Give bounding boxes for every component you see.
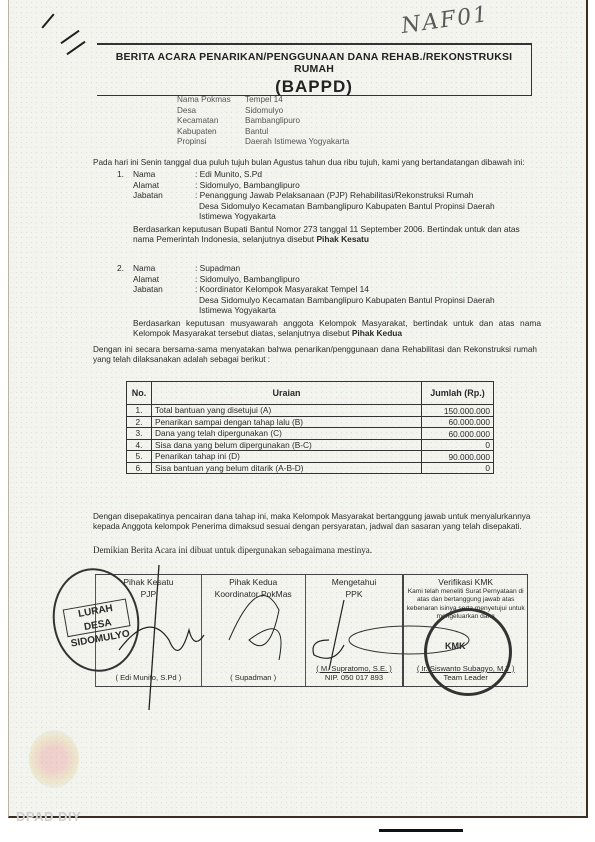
cell-no: 2. bbox=[127, 416, 152, 428]
statement-paragraph: Dengan ini secara bersama-sama menyataka… bbox=[93, 345, 537, 366]
info-value: Bantul bbox=[245, 127, 268, 138]
info-label: Propinsi bbox=[177, 137, 245, 148]
party-number: 2. bbox=[117, 263, 133, 274]
cell-jumlah: 60.000.000 bbox=[422, 416, 494, 428]
fund-table: No. Uraian Jumlah (Rp.) 1.Total bantuan … bbox=[126, 381, 494, 474]
pokmas-info: Nama PokmasTempel 14 DesaSidomulyo Kecam… bbox=[177, 95, 349, 148]
pen-mark bbox=[41, 13, 54, 28]
col-no: No. bbox=[127, 382, 152, 405]
cell-no: 6. bbox=[127, 462, 152, 474]
cell-jumlah: 60.000.000 bbox=[422, 428, 494, 440]
party-designation: Pihak Kesatu bbox=[316, 234, 369, 244]
dpad-logo-watermark bbox=[29, 730, 79, 788]
table-row: 6.Sisa bantuan yang belum ditarik (A-B-D… bbox=[127, 462, 494, 474]
field-value: : Penanggung Jawab Pelaksanaan (PJP) Reh… bbox=[195, 190, 555, 201]
cell-no: 5. bbox=[127, 451, 152, 463]
table-row: 3.Dana yang telah dipergunakan (C)60.000… bbox=[127, 428, 494, 440]
cell-no: 4. bbox=[127, 439, 152, 451]
closing-paragraph: Dengan disepakatinya pencairan dana taha… bbox=[93, 512, 533, 533]
info-label: Kecamatan bbox=[177, 116, 245, 127]
cell-uraian: Penarikan tahap ini (D) bbox=[152, 451, 422, 463]
party-1: 1.Nama: Edi Munito, S.Pd Alamat: Sidomul… bbox=[117, 169, 555, 245]
cell-jumlah: 0 bbox=[422, 462, 494, 474]
document-title-box: BERITA ACARA PENARIKAN/PENGGUNAAN DANA R… bbox=[97, 43, 532, 96]
pen-mark bbox=[66, 41, 85, 55]
field-value: : Sidomulyo, Bambanglipuro bbox=[195, 274, 555, 285]
field-value: : Supadman bbox=[195, 263, 555, 274]
col-uraian: Uraian bbox=[152, 382, 422, 405]
info-label: Kabupaten bbox=[177, 127, 245, 138]
cell-uraian: Sisa dana yang belum dipergunakan (B-C) bbox=[152, 439, 422, 451]
signature-strokes bbox=[9, 560, 586, 710]
party-2: 2.Nama: Supadman Alamat: Sidomulyo, Bamb… bbox=[117, 263, 555, 339]
document-subtitle: (BAPPD) bbox=[97, 77, 531, 97]
info-value: Bambanglipuro bbox=[245, 116, 300, 127]
field-label: Nama bbox=[133, 169, 195, 180]
table-row: 5.Penarikan tahap ini (D)90.000.000 bbox=[127, 451, 494, 463]
field-value-cont: Desa Sidomulyo Kecamatan Bambanglipuro K… bbox=[195, 201, 529, 222]
field-label: Alamat bbox=[133, 180, 195, 191]
scanned-document-page: NAF01 BERITA ACARA PENARIKAN/PENGGUNAAN … bbox=[8, 0, 588, 818]
info-label: Desa bbox=[177, 106, 245, 117]
field-label: Jabatan bbox=[133, 284, 195, 295]
cell-no: 1. bbox=[127, 405, 152, 417]
cell-uraian: Dana yang telah dipergunakan (C) bbox=[152, 428, 422, 440]
field-value: : Edi Munito, S.Pd bbox=[195, 169, 555, 180]
table-row: 1.Total bantuan yang disetujui (A)150.00… bbox=[127, 405, 494, 417]
info-value: Sidomulyo bbox=[245, 106, 283, 117]
pen-mark bbox=[60, 30, 79, 44]
info-value: Daerah Istimewa Yogyakarta bbox=[245, 137, 349, 148]
scan-bar bbox=[379, 829, 463, 832]
col-jumlah: Jumlah (Rp.) bbox=[422, 382, 494, 405]
party-designation: Pihak Kedua bbox=[352, 328, 402, 338]
cell-jumlah: 0 bbox=[422, 439, 494, 451]
field-value-cont: Desa Sidomulyo Kecamatan Bambanglipuro K… bbox=[195, 295, 529, 316]
cell-uraian: Total bantuan yang disetujui (A) bbox=[152, 405, 422, 417]
table-row: 2.Penarikan sampai dengan tahap lalu (B)… bbox=[127, 416, 494, 428]
cell-uraian: Penarikan sampai dengan tahap lalu (B) bbox=[152, 416, 422, 428]
cell-jumlah: 90.000.000 bbox=[422, 451, 494, 463]
field-value: : Koordinator Kelompok Masyarakat Tempel… bbox=[195, 284, 555, 295]
info-value: Tempel 14 bbox=[245, 95, 283, 106]
document-title: BERITA ACARA PENARIKAN/PENGGUNAAN DANA R… bbox=[97, 51, 531, 75]
info-label: Nama Pokmas bbox=[177, 95, 245, 106]
cell-no: 3. bbox=[127, 428, 152, 440]
field-value: : Sidomulyo, Bambanglipuro bbox=[195, 180, 555, 191]
watermark-text: DPAD DIY bbox=[16, 809, 81, 824]
closing-sentence: Demikian Berita Acara ini dibuat untuk d… bbox=[93, 545, 533, 555]
field-label: Alamat bbox=[133, 274, 195, 285]
party-basis: Berdasarkan keputusan musyawarah anggota… bbox=[133, 318, 541, 339]
cell-uraian: Sisa bantuan yang belum ditarik (A-B-D) bbox=[152, 462, 422, 474]
field-label: Jabatan bbox=[133, 190, 195, 201]
party-number: 1. bbox=[117, 169, 133, 180]
intro-paragraph: Pada hari ini Senin tanggal dua puluh tu… bbox=[93, 158, 543, 168]
table-row: 4.Sisa dana yang belum dipergunakan (B-C… bbox=[127, 439, 494, 451]
handwritten-note: NAF01 bbox=[400, 2, 491, 39]
cell-jumlah: 150.000.000 bbox=[422, 405, 494, 417]
field-label: Nama bbox=[133, 263, 195, 274]
